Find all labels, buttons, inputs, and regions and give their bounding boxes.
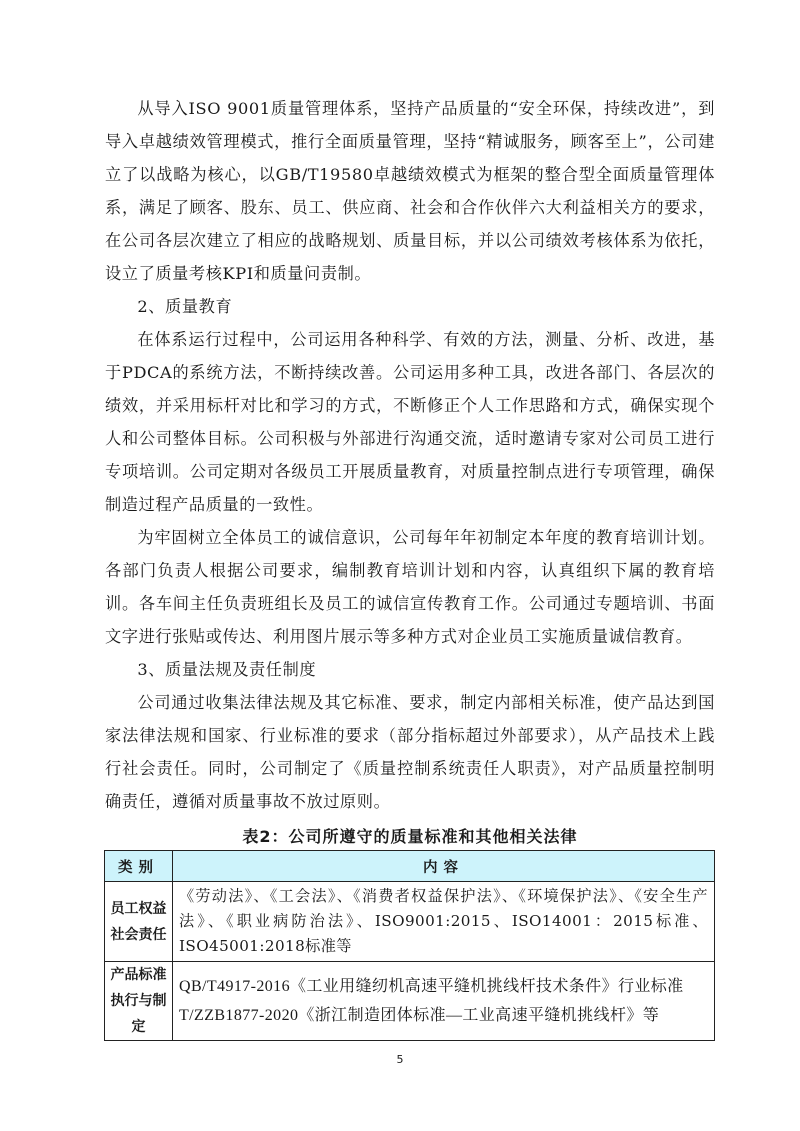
- paragraph-intro: 从导入ISO 9001质量管理体系，坚持产品质量的“安全环保，持续改进”，到导入…: [105, 92, 715, 290]
- row-category: 员工权益社会责任: [105, 882, 173, 962]
- section-heading-regulations: 3、质量法规及责任制度: [105, 653, 715, 686]
- header-category: 类别: [105, 851, 173, 882]
- document-body: 从导入ISO 9001质量管理体系，坚持产品质量的“安全环保，持续改进”，到导入…: [105, 92, 715, 818]
- table-row: 员工权益社会责任 《劳动法》、《工会法》、《消费者权益保护法》、《环境保护法》、…: [105, 882, 715, 962]
- paragraph-integrity-training: 为牢固树立全体员工的诚信意识，公司每年年初制定本年度的教育培训计划。各部门负责人…: [105, 521, 715, 653]
- paragraph-quality-education: 在体系运行过程中，公司运用各种科学、有效的方法，测量、分析、改进，基于PDCA的…: [105, 323, 715, 521]
- row-content: 《劳动法》、《工会法》、《消费者权益保护法》、《环境保护法》、《安全生产法》、《…: [173, 882, 715, 962]
- table-caption: 表2：公司所遵守的质量标准和其他相关法律: [105, 824, 715, 847]
- table-header-row: 类别 内容: [105, 851, 715, 882]
- content-line: QB/T4917-2016《工业用缝纫机高速平缝机挑线杆技术条件》行业标准: [179, 972, 708, 1001]
- header-content: 内容: [173, 851, 715, 882]
- row-category: 产品标准执行与制定: [105, 962, 173, 1041]
- table-row: 产品标准执行与制定 QB/T4917-2016《工业用缝纫机高速平缝机挑线杆技术…: [105, 962, 715, 1041]
- row-content: QB/T4917-2016《工业用缝纫机高速平缝机挑线杆技术条件》行业标准 T/…: [173, 962, 715, 1041]
- standards-table: 类别 内容 员工权益社会责任 《劳动法》、《工会法》、《消费者权益保护法》、《环…: [104, 850, 715, 1041]
- paragraph-regulations: 公司通过收集法律法规及其它标准、要求，制定内部相关标准，使产品达到国家法律法规和…: [105, 686, 715, 818]
- section-heading-quality-education: 2、质量教育: [105, 290, 715, 323]
- content-line: T/ZZB1877-2020《浙江制造团体标准—工业高速平缝机挑线杆》等: [179, 1001, 708, 1030]
- page-number: 5: [0, 1053, 800, 1066]
